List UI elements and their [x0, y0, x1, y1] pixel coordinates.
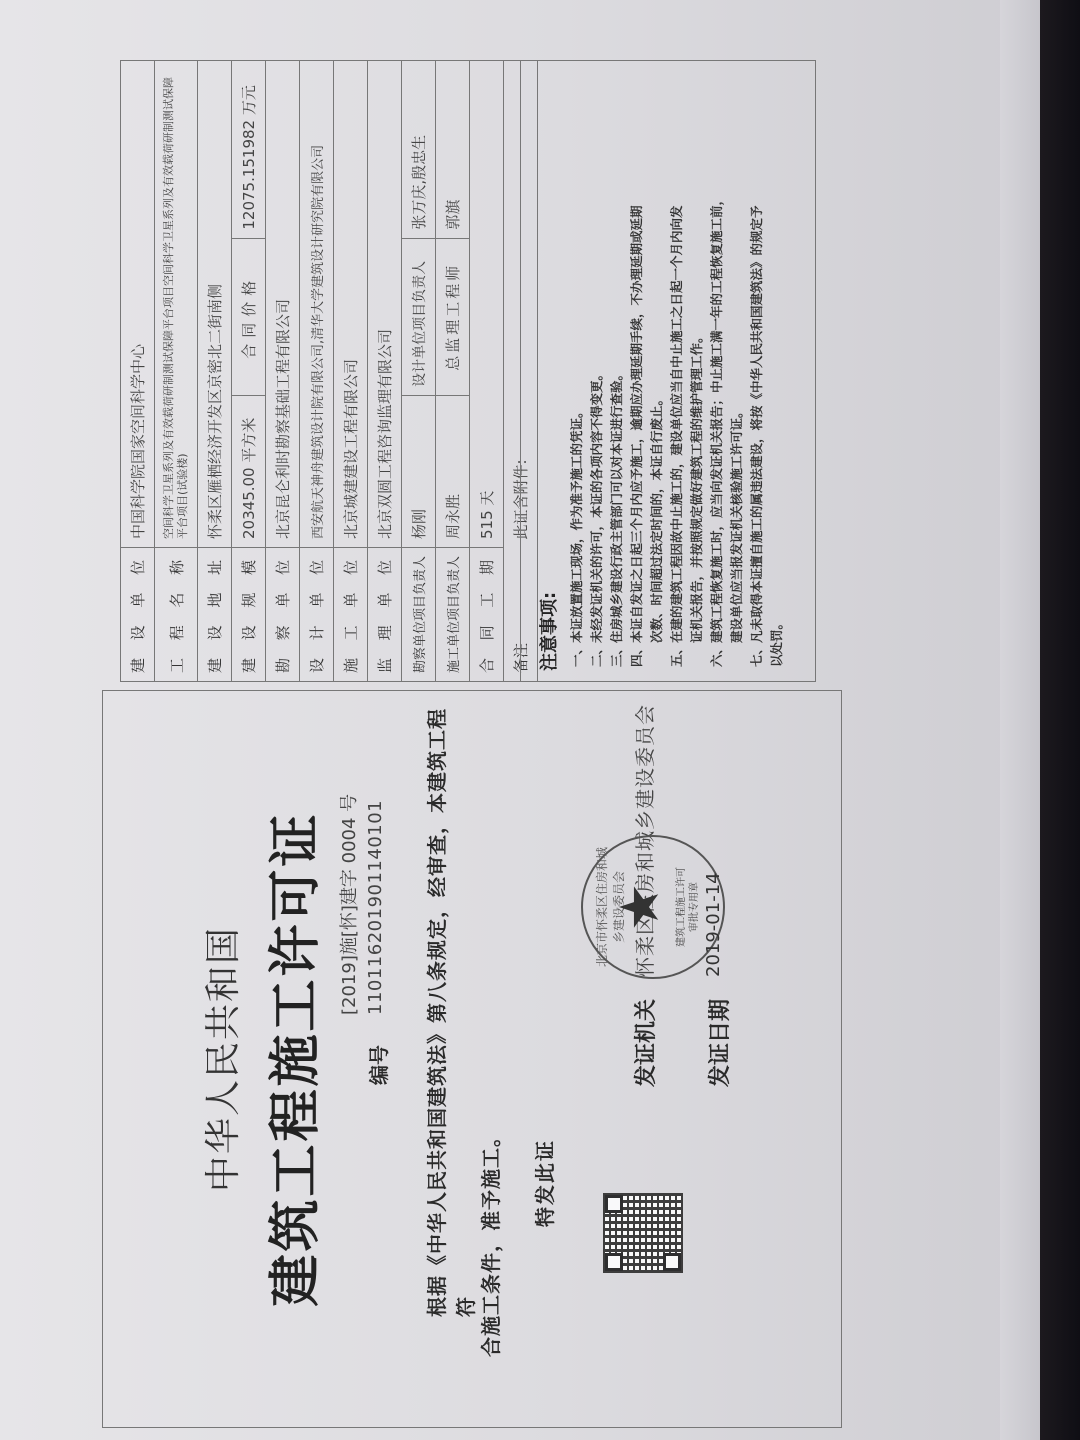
legal-basis-line-2: 合施工条件，准予施工。 [475, 1126, 504, 1357]
legal-basis-line-1: 根据《中华人民共和国建筑法》第八条规定，经审查，本建筑工程符 [421, 691, 479, 1317]
notes-title: 注意事项: [535, 71, 561, 671]
row-label: 合同价格 [232, 238, 266, 395]
row-label: 建设单位 [121, 547, 155, 681]
issue-date-label: 发证日期 [703, 999, 734, 1087]
chief-supervising-engineer: 郭旗 [436, 61, 470, 239]
table-row: 勘察单位项目负责人 杨刚 设计单位项目负责人 张万庆,殷忠生 [402, 61, 436, 682]
construction-project-lead: 周永胜 [436, 395, 470, 547]
issuing-authority-label: 发证机关 [629, 999, 660, 1087]
supervision-unit: 北京双圆工程咨询监理有限公司 [368, 61, 402, 548]
star-icon: ★ [613, 837, 667, 977]
row-label: 建设规模 [232, 547, 266, 681]
note-item: 二、未经发证机关的许可，本证的各项内容不得变更。 [587, 71, 607, 667]
project-details-table: 建设单位 中国科学院国家空间科学中心 工程名称 空间科学卫星系列及有效载荷研制测… [120, 60, 538, 682]
row-label: 建设地址 [198, 547, 232, 681]
row-label: 工程名称 [155, 547, 198, 681]
survey-project-lead: 杨刚 [402, 395, 436, 547]
certificate-detail-panel: 建设单位 中国科学院国家空间科学中心 工程名称 空间科学卫星系列及有效载荷研制测… [120, 60, 830, 682]
number-label: 编号 [363, 1045, 392, 1085]
qr-finder [605, 1195, 623, 1213]
row-label: 勘察单位项目负责人 [402, 547, 436, 681]
design-unit: 西安航天神舟建筑设计院有限公司,清华大学建筑设计研究院有限公司 [300, 61, 334, 548]
table-row: 建设地址 怀柔区雁栖经济开发区京密北二街南侧 [198, 61, 232, 682]
table-row: 工程名称 空间科学卫星系列及有效载荷研制测试保障平台项目空间科学卫星系列及有效载… [155, 61, 198, 682]
qr-finder [663, 1253, 681, 1271]
table-row: 合同工期 515 天 [470, 61, 504, 682]
construction-scale: 20345.00 平方米 [232, 395, 266, 547]
note-item: 一、本证放置施工现场，作为准予施工的凭证。 [567, 71, 587, 667]
certificate-title: 建筑工程施工许可证 [253, 691, 328, 1427]
table-row: 设计单位 西安航天神舟建筑设计院有限公司,清华大学建筑设计研究院有限公司 [300, 61, 334, 682]
row-label: 设计单位项目负责人 [402, 238, 436, 395]
row-label: 合同工期 [470, 547, 504, 681]
row-label: 监理单位 [368, 547, 402, 681]
contract-price: 12075.151982 万元 [232, 61, 266, 239]
issue-date: 2019-01-14 [703, 872, 724, 977]
table-row: 监理单位 北京双圆工程咨询监理有限公司 [368, 61, 402, 682]
contractor-unit: 北京城建建设工程有限公司 [334, 61, 368, 548]
row-label: 施工单位 [334, 547, 368, 681]
paper-edge [1000, 0, 1040, 1440]
project-name: 空间科学卫星系列及有效载荷研制测试保障平台项目空间科学卫星系列及有效载荷研制测试… [155, 61, 198, 548]
construction-address: 怀柔区雁栖经济开发区京密北二街南侧 [198, 61, 232, 548]
row-label: 设计单位 [300, 547, 334, 681]
construction-unit: 中国科学院国家空间科学中心 [121, 61, 155, 548]
notes-section: 注意事项: 一、本证放置施工现场，作为准予施工的凭证。 二、未经发证机关的许可，… [520, 60, 816, 682]
design-project-lead: 张万庆,殷忠生 [402, 61, 436, 239]
note-item: 五、在建的建筑工程因故中止施工的，建设单位应当自中止施工之日起一个月内向发证机关… [667, 71, 707, 667]
permit-code: 110116201901140101 [365, 800, 386, 1015]
row-label: 总监理工程师 [436, 238, 470, 395]
permit-number: [2019]施[怀]建字 0004 号 [335, 794, 361, 1015]
special-issue-text: 特发此证 [529, 1139, 558, 1227]
table-row: 勘察单位 北京昆仑利时勘察基础工程有限公司 [266, 61, 300, 682]
certificate-page: 中华人民共和国 建筑工程施工许可证 编号 [2019]施[怀]建字 0004 号… [0, 0, 1080, 1440]
certificate-cover-panel: 中华人民共和国 建筑工程施工许可证 编号 [2019]施[怀]建字 0004 号… [102, 690, 842, 1428]
table-row: 施工单位项目负责人 周永胜 总监理工程师 郭旗 [436, 61, 470, 682]
note-item: 七、凡未取得本证擅自施工的属违法建设，将按《中华人民共和国建筑法》的规定予以处罚… [747, 71, 787, 667]
country-heading: 中华人民共和国 [195, 691, 246, 1427]
row-label: 施工单位项目负责人 [436, 547, 470, 681]
note-item: 三、住房城乡建设行政主管部门可以对本证进行查验。 [607, 71, 627, 667]
row-label: 勘察单位 [266, 547, 300, 681]
qr-finder [605, 1253, 623, 1271]
note-item: 六、建筑工程恢复施工时，应当向发证机关报告；中止施工满一年的工程恢复施工前，建设… [707, 71, 747, 667]
table-row: 建设规模 20345.00 平方米 合同价格 12075.151982 万元 [232, 61, 266, 682]
contract-duration: 515 天 [470, 61, 504, 548]
table-row: 建设单位 中国科学院国家空间科学中心 [121, 61, 155, 682]
table-row: 施工单位 北京城建建设工程有限公司 [334, 61, 368, 682]
survey-unit: 北京昆仑利时勘察基础工程有限公司 [266, 61, 300, 548]
qr-code-icon[interactable] [603, 1193, 683, 1273]
seal-inner-text: 建筑工程施工许可 审批专用章 [675, 837, 701, 977]
note-item: 四、本证自发证之日起三个月内应予施工，逾期应办理延期手续，不办理延期或延期次数、… [627, 71, 667, 667]
